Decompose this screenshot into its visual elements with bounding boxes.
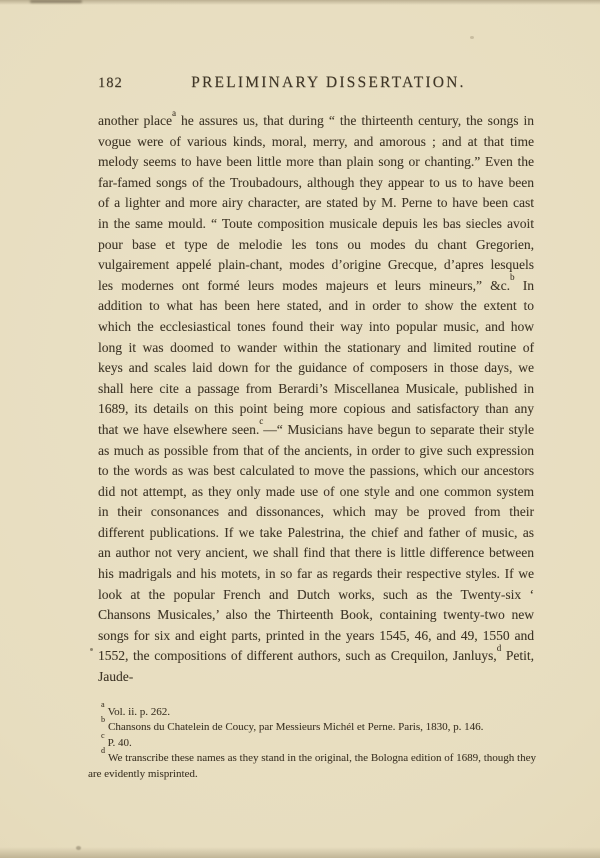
footnote: cP. 40. bbox=[88, 736, 536, 752]
page-edge-shadow-bottom bbox=[0, 847, 600, 858]
footnote-reference: b bbox=[510, 272, 515, 282]
page-edge-shadow-top bbox=[0, 0, 600, 5]
page-number: 182 bbox=[98, 75, 123, 92]
footnote-marker: c bbox=[101, 731, 105, 740]
text-column: 182 PRELIMINARY DISSERTATION. another pl… bbox=[98, 74, 534, 782]
scan-smudge bbox=[30, 0, 82, 3]
footnote-reference: a bbox=[172, 108, 176, 118]
running-title: PRELIMINARY DISSERTATION. bbox=[123, 74, 534, 92]
book-page: 182 PRELIMINARY DISSERTATION. another pl… bbox=[0, 0, 600, 858]
body-paragraph: another placea he assures us, that durin… bbox=[98, 111, 534, 688]
text-run: he assures us, that during “ the thirtee… bbox=[98, 113, 534, 293]
scan-speck bbox=[90, 648, 93, 651]
text-run: another place bbox=[98, 113, 172, 128]
footnote-reference: c bbox=[259, 416, 263, 426]
text-run: In addition to what has been here stated… bbox=[98, 278, 534, 437]
footnote: bChansons du Chatelein de Coucy, par Mes… bbox=[88, 720, 536, 736]
footnotes-section: aVol. ii. p. 262.bChansons du Chatelein … bbox=[88, 705, 536, 783]
footnote: dWe transcribe these names as they stand… bbox=[88, 751, 536, 782]
footnote-marker: d bbox=[101, 746, 105, 755]
footnote: aVol. ii. p. 262. bbox=[88, 705, 536, 721]
scan-speck bbox=[470, 36, 474, 39]
text-run: —“ Musicians have begun to separate thei… bbox=[98, 422, 534, 664]
footnote-marker: a bbox=[101, 700, 105, 709]
footnote-reference: d bbox=[497, 643, 502, 653]
footnote-marker: b bbox=[101, 715, 105, 724]
running-header: 182 PRELIMINARY DISSERTATION. bbox=[98, 74, 534, 92]
